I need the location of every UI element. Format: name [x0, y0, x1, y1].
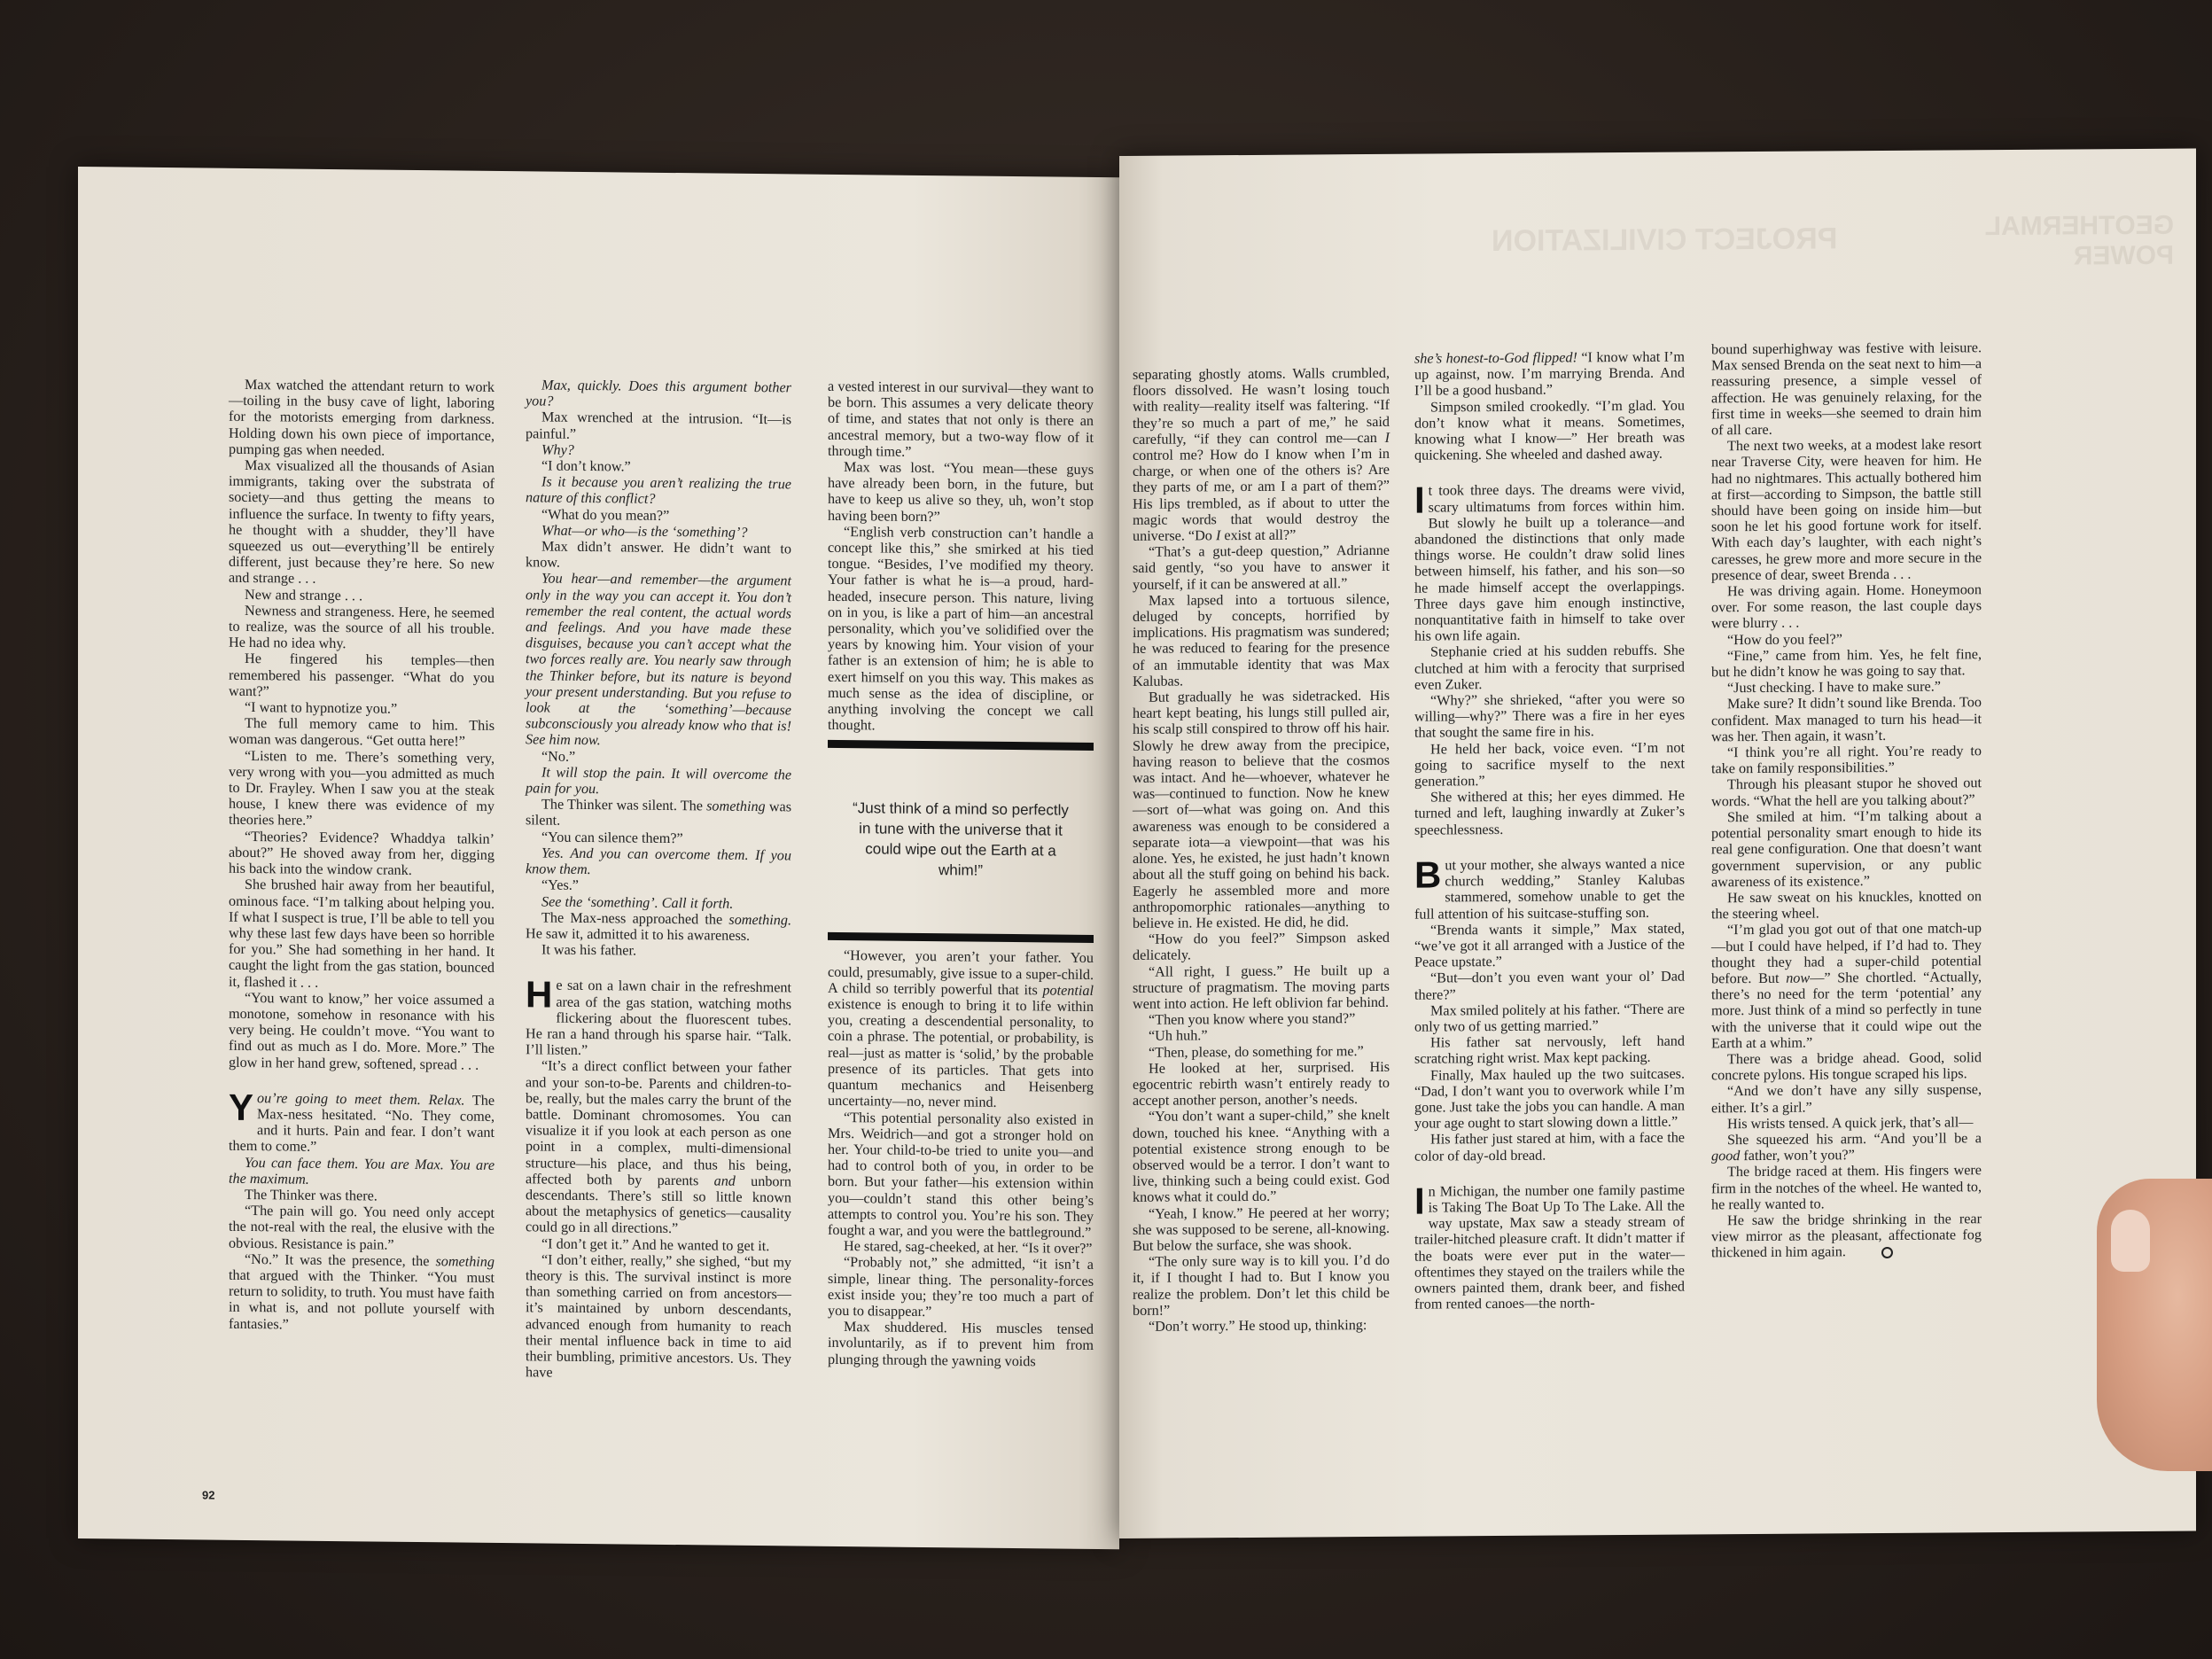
paragraph: The full memory came to him. This woman … [229, 715, 495, 751]
left-column-1: Max watched the attendant return to work… [229, 377, 495, 1335]
paragraph: Make sure? It didn’t sound like Brenda. … [1711, 695, 1982, 745]
end-mark-icon [1881, 1247, 1893, 1258]
paragraph: “Probably not,” she admitted, “it isn’t … [828, 1254, 1094, 1321]
thumbnail [2111, 1210, 2150, 1272]
paragraph: He held her back, voice even. “I’m not g… [1414, 739, 1685, 790]
paragraph: But gradually he was sidetracked. His he… [1133, 688, 1390, 931]
paragraph: “I’m glad you got out of that one match-… [1711, 921, 1982, 1052]
section-start-paragraph: It took three days. The dreams were vivi… [1414, 481, 1685, 644]
paragraph: Max watched the attendant return to work… [229, 377, 495, 460]
paragraph: “Why?” she shrieked, “after you were so … [1414, 691, 1685, 742]
paragraph: “Yeah, I know.” He peered at her worry; … [1133, 1203, 1390, 1254]
right-page: PROJECT CIVILIZATION GEOTHERMAL POWER se… [1119, 149, 2196, 1538]
paragraph: “The only sure way is to kill you. I’d d… [1133, 1252, 1390, 1319]
paragraph: a vested interest in our survival—they w… [828, 378, 1094, 462]
paragraph: Max didn’t answer. He didn’t want to kno… [526, 538, 791, 573]
paragraph: It will stop the pain. It will overcome … [526, 764, 791, 799]
paragraph: “How do you feel?” [1711, 630, 1982, 648]
paragraph: “Theories? Evidence? Whaddya talkin’ abo… [229, 828, 495, 879]
paragraph: Max visualized all the thousands of Asia… [229, 457, 495, 589]
pull-quote: “Just think of a mind so perfectly in tu… [828, 755, 1094, 928]
paragraph: The Max-ness approached the something. H… [526, 909, 791, 945]
paragraph: “Then, please, do something for me.” [1133, 1042, 1390, 1060]
paragraph: “I don’t either, really,” she sighed, “b… [526, 1251, 791, 1383]
paragraph: Yes. And you can overcome them. If you k… [526, 845, 791, 880]
paragraph: “Brenda wants it simple,” Max stated, “w… [1414, 920, 1685, 970]
paragraph: “Yes.” [526, 877, 791, 896]
paragraph: You can face them. You are Max. You are … [229, 1154, 495, 1189]
paragraph: She smiled at him. “I’m talking about a … [1711, 807, 1982, 890]
paragraph: His father sat nervously, left hand scra… [1414, 1033, 1685, 1068]
paragraph: He was driving again. Home. Honeymoon ov… [1711, 581, 1982, 632]
paragraph: “No.” It was the presence, the something… [229, 1251, 495, 1335]
left-column-3: a vested interest in our survival—they w… [828, 378, 1094, 1370]
right-column-2: she’s honest-to-God flipped! “I know wha… [1414, 349, 1685, 1313]
paragraph: “Don’t worry.” He stood up, thinking: [1133, 1317, 1390, 1335]
paragraph: The next two weeks, at a modest lake res… [1711, 436, 1982, 583]
paragraph: Max wrenched at the intrusion. “It—is pa… [526, 409, 791, 445]
paragraph: “Uh huh.” [1133, 1026, 1390, 1044]
paragraph: “Then you know where you stand?” [1133, 1010, 1390, 1028]
paragraph: He saw the bridge shrinking in the rear … [1711, 1211, 1982, 1261]
paragraph: Stephanie cried at his sudden rebuffs. S… [1414, 643, 1685, 693]
paragraph: Through his pleasant stupor he shoved ou… [1711, 775, 1982, 810]
paragraph: She squeezed his arm. “And you’ll be a g… [1711, 1130, 1982, 1164]
paragraph: “This potential personality also existed… [828, 1109, 1094, 1241]
paragraph: “How do you feel?” Simpson asked delicat… [1133, 930, 1390, 963]
paragraph: You hear—and remember—the argument only … [526, 571, 791, 751]
paragraph: “You want to know,” her voice assumed a … [229, 989, 495, 1072]
paragraph: separating ghostly atoms. Walls crumbled… [1133, 365, 1390, 544]
paragraph: Max shuddered. His muscles tensed involu… [828, 1319, 1094, 1370]
paragraph: “Just checking. I have to make sure.” [1711, 678, 1982, 696]
paragraph: There was a bridge ahead. Good, solid co… [1711, 1049, 1982, 1084]
drop-cap: B [1414, 859, 1441, 891]
paragraph: “And we don’t have any silly suspense, e… [1711, 1082, 1982, 1117]
paragraph: He fingered his temples—then remembered … [229, 650, 495, 702]
drop-cap: Y [229, 1092, 253, 1124]
paragraph: His wrists tensed. A quick jerk, that’s … [1711, 1114, 1982, 1132]
pullquote-bottom-rule [828, 932, 1094, 943]
paragraph: “It’s a direct conflict between your fat… [526, 1058, 791, 1238]
paragraph: “But—don’t you even want your ol’ Dad th… [1414, 969, 1685, 1003]
drop-cap: I [1414, 485, 1425, 517]
paragraph: “That’s a gut-deep question,” Adrianne s… [1133, 542, 1390, 593]
paragraph: She withered at this; her eyes dimmed. H… [1414, 788, 1685, 838]
paragraph: “The pain will go. You need only accept … [229, 1203, 495, 1254]
paragraph: “You don’t want a super-child,” she knel… [1133, 1107, 1390, 1205]
right-column-1: separating ghostly atoms. Walls crumbled… [1133, 365, 1390, 1335]
left-page: Max watched the attendant return to work… [78, 167, 1119, 1549]
paragraph: “I think you’re all right. You’re ready … [1711, 743, 1982, 777]
paragraph: Max was lost. “You mean—these guys have … [828, 459, 1094, 526]
paragraph: She brushed hair away from her beautiful… [229, 876, 495, 993]
pullquote-top-rule [828, 740, 1094, 751]
paragraph: Finally, Max hauled up the two suitcases… [1414, 1065, 1685, 1132]
paragraph: Max lapsed into a tortuous silence, delu… [1133, 591, 1390, 689]
paragraph: “Listen to me. There’s something very, v… [229, 747, 495, 830]
paragraph: His father just stared at him, with a fa… [1414, 1130, 1685, 1164]
paragraph: “All right, I guess.” He built up a stru… [1133, 962, 1390, 1012]
paragraph: The Thinker was silent. The something wa… [526, 797, 791, 832]
bleed-through-heading: PROJECT CIVILIZATION [1492, 222, 1837, 259]
page-number-left: 92 [202, 1488, 214, 1501]
section-start-paragraph: He sat on a lawn chair in the refreshmen… [526, 977, 791, 1061]
section-start-paragraph: In Michigan, the number one family pasti… [1414, 1181, 1685, 1312]
drop-cap: H [526, 979, 552, 1011]
paragraph: Is it because you aren’t realizing the t… [526, 474, 791, 510]
paragraph: Max smiled politely at his father. “Ther… [1414, 1001, 1685, 1035]
paragraph: “Fine,” came from him. Yes, he felt fine… [1711, 646, 1982, 681]
paragraph: It was his father. [526, 941, 791, 960]
paragraph: Max, quickly. Does this argument bother … [526, 377, 791, 412]
paragraph: Newness and strangeness. Here, he seemed… [229, 603, 495, 654]
right-column-3: bound superhighway was festive with leis… [1711, 339, 1982, 1261]
magazine-spread: Max watched the attendant return to work… [78, 167, 2116, 1538]
section-start-paragraph: You’re going to meet them. Relax. The Ma… [229, 1090, 495, 1157]
paragraph: The bridge raced at them. His fingers we… [1711, 1163, 1982, 1213]
bleed-through-heading: GEOTHERMAL POWER [2050, 211, 2174, 272]
paragraph: “However, you aren’t your father. You co… [828, 947, 1094, 1111]
drop-cap: I [1414, 1185, 1425, 1217]
paragraph: He saw sweat on his knuckles, knotted on… [1711, 888, 1982, 923]
paragraph: He looked at her, surprised. His egocent… [1133, 1059, 1390, 1110]
left-column-2: Max, quickly. Does this argument bother … [526, 377, 791, 1383]
section-start-paragraph: But your mother, she always wanted a nic… [1414, 855, 1685, 922]
paragraph: bound superhighway was festive with leis… [1711, 339, 1982, 438]
paragraph: Simpson smiled crookedly. “I’m glad. You… [1414, 397, 1685, 463]
paragraph: she’s honest-to-God flipped! “I know wha… [1414, 349, 1685, 400]
paragraph: “English verb construction can’t handle … [828, 524, 1094, 736]
